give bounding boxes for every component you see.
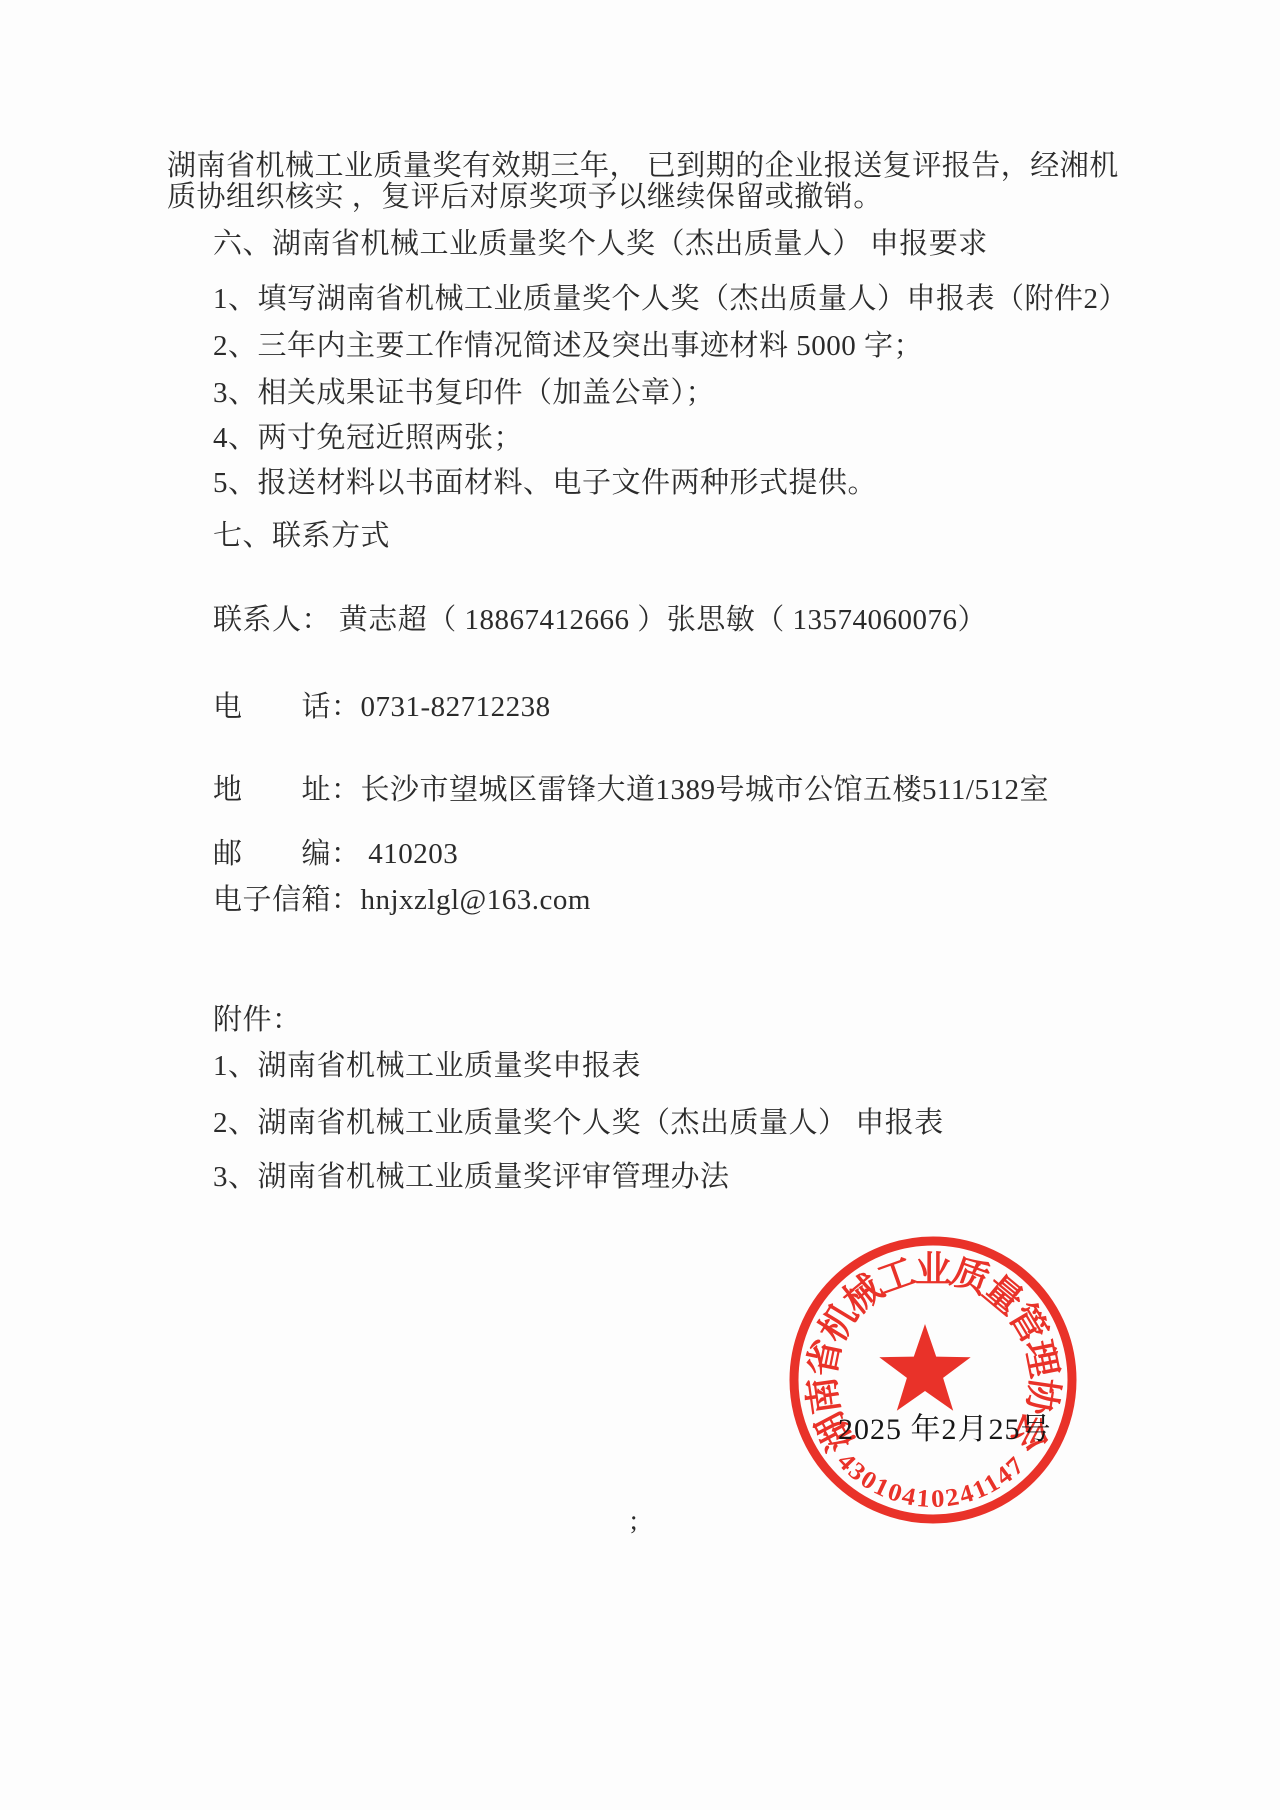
phone-line: 电 话：0731-82712238 <box>213 691 551 723</box>
date-stamp: 2025 年2月25号 <box>838 1404 1052 1448</box>
section-6-item-1: 1、填写湖南省机械工业质量奖个人奖（杰出质量人）申报表（附件2） <box>213 283 1128 315</box>
intro-paragraph-line-2: 质协组织核实 ，复评后对原奖项予以继续保留或撤销。 <box>167 181 883 213</box>
document-page: 湖南省机械工业质量奖有效期三年， 已到期的企业报送复评报告，经湘机 质协组织核实… <box>0 0 1280 1810</box>
attachments-heading: 附件： <box>213 1004 302 1036</box>
star-icon <box>879 1324 970 1411</box>
section-6-item-5: 5、报送材料以书面材料、电子文件两种形式提供。 <box>213 467 877 499</box>
section-6-item-2: 2、三年内主要工作情况简述及突出事迹材料 5000 字； <box>213 330 923 362</box>
intro-paragraph-line-1: 湖南省机械工业质量奖有效期三年， 已到期的企业报送复评报告，经湘机 <box>167 150 1119 182</box>
section-6-item-4: 4、两寸免冠近照两张； <box>213 422 523 454</box>
section-6-item-3: 3、相关成果证书复印件（加盖公章）； <box>213 377 715 409</box>
contact-person-line: 联系人： 黄志超（ 18867412666 ）张思敏（ 13574060076） <box>213 604 987 636</box>
official-seal-svg: 湖南省机械工业质量管理协会 43010410241147 <box>783 1230 1083 1530</box>
attachment-item-3: 3、湖南省机械工业质量奖评审管理办法 <box>213 1161 730 1193</box>
stray-semicolon: ; <box>630 1505 638 1536</box>
email-line: 电子信箱：hnjxzlgl@163.com <box>213 884 591 916</box>
address-line: 地 址：长沙市望城区雷锋大道1389号城市公馆五楼511/512室 <box>213 774 1049 806</box>
attachment-item-1: 1、湖南省机械工业质量奖申报表 <box>213 1050 641 1082</box>
section-6-heading: 六、湖南省机械工业质量奖个人奖（杰出质量人） 申报要求 <box>213 228 988 260</box>
attachment-item-2: 2、湖南省机械工业质量奖个人奖（杰出质量人） 申报表 <box>213 1107 944 1139</box>
postcode-line: 邮 编： 410203 <box>213 838 458 870</box>
official-seal: 湖南省机械工业质量管理协会 43010410241147 <box>783 1230 1083 1530</box>
section-7-heading: 七、联系方式 <box>213 520 390 552</box>
